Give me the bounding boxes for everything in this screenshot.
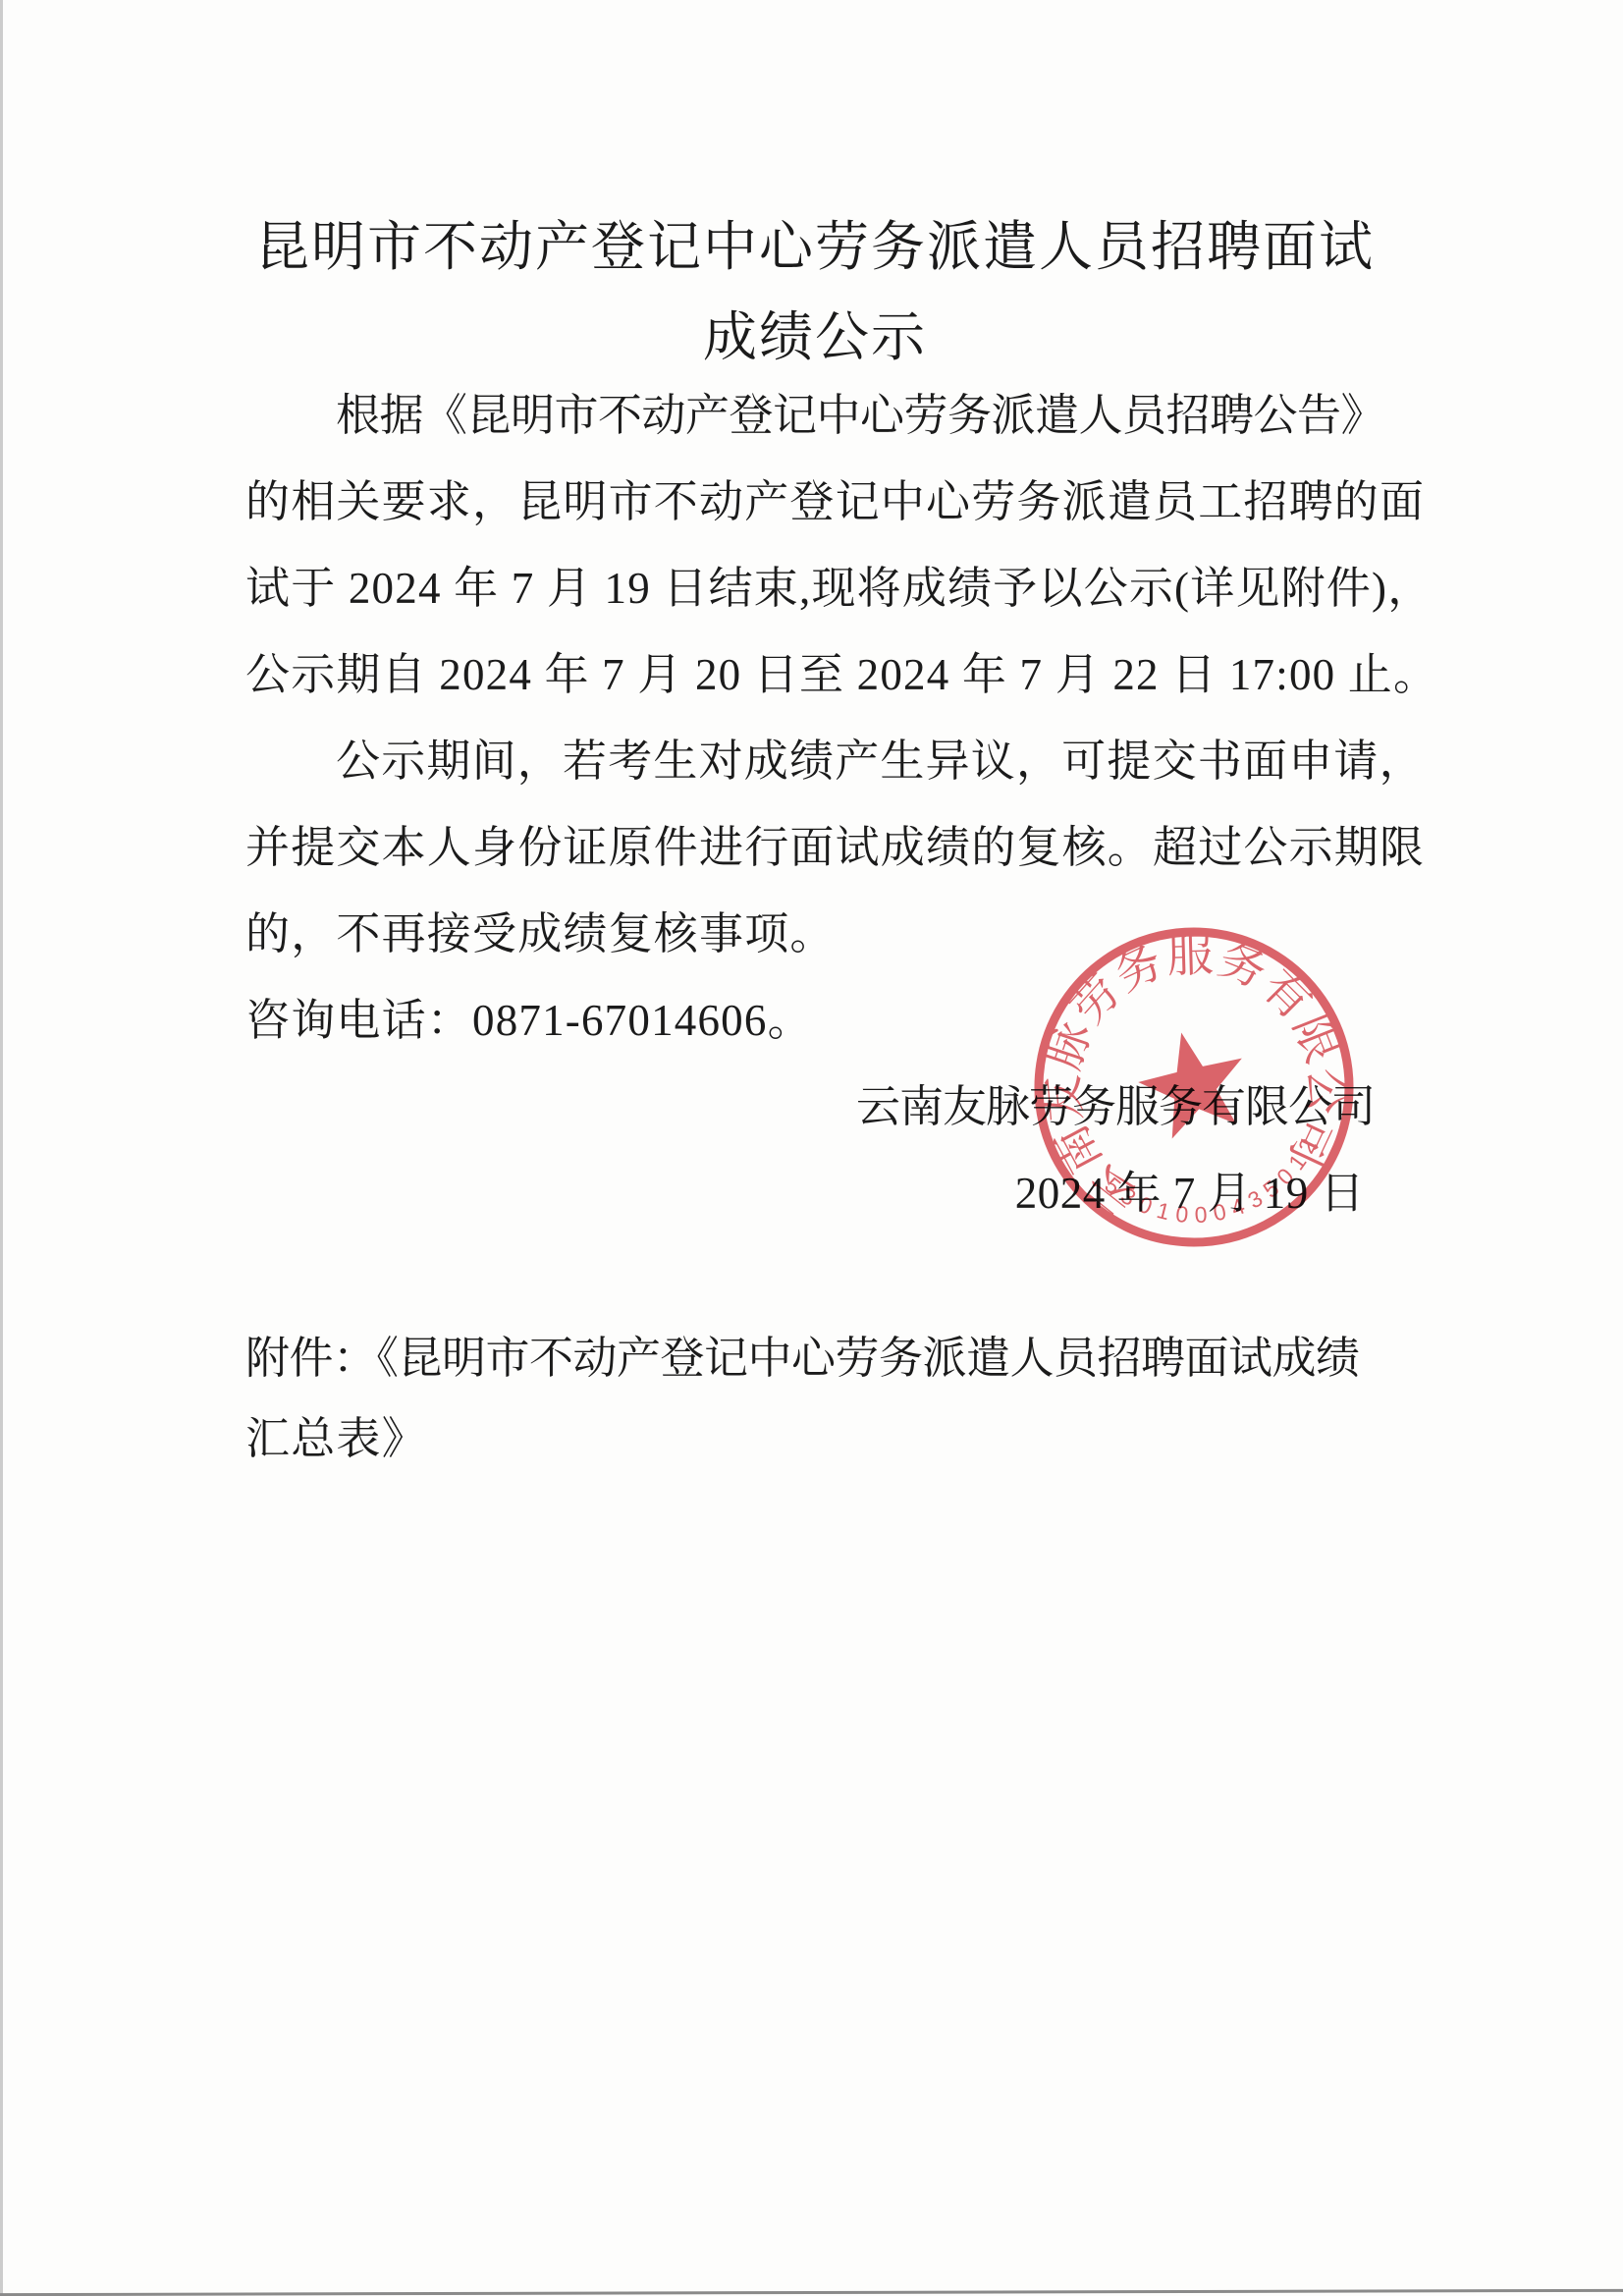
body-line: 公示期间，若考生对成绩产生异议，可提交书面申请，	[245, 718, 1425, 804]
company-seal: 云南友脉劳务服务有限公司 5301000435012	[1017, 910, 1371, 1264]
body-line: 并提交本人身份证原件进行面试成绩的复核。超过公示期限	[245, 804, 1425, 891]
document-page: 昆明市不动产登记中心劳务派遣人员招聘面试 成绩公示 根据《昆明市不动产登记中心劳…	[0, 0, 1623, 2296]
document-title-line2: 成绩公示	[245, 293, 1384, 383]
body-line: 公示期自 2024 年 7 月 20 日至 2024 年 7 月 22 日 17…	[245, 631, 1438, 718]
body-line: 根据《昆明市不动产登记中心劳务派遣人员招聘公告》	[245, 372, 1384, 459]
document-title: 昆明市不动产登记中心劳务派遣人员招聘面试 成绩公示	[245, 202, 1384, 383]
body-line: 的相关要求，昆明市不动产登记中心劳务派遣员工招聘的面	[245, 459, 1425, 545]
contact-phone-line: 咨询电话：0871-67014606。	[245, 977, 813, 1064]
body-line: 试于 2024 年 7 月 19 日结束,现将成绩予以公示(详见附件)，	[245, 545, 1433, 631]
scan-bottom-edge	[0, 2289, 1623, 2296]
attachment-line1: 附件：《昆明市不动产登记中心劳务派遣人员招聘面试成绩	[245, 1315, 1360, 1401]
body-line: 的，不再接受成绩复核事项。	[245, 891, 836, 977]
attachment-line2: 汇总表》	[245, 1395, 427, 1482]
scan-left-edge	[0, 0, 3, 2296]
seal-star-icon	[1129, 1020, 1256, 1143]
document-title-line1: 昆明市不动产登记中心劳务派遣人员招聘面试	[245, 202, 1384, 293]
